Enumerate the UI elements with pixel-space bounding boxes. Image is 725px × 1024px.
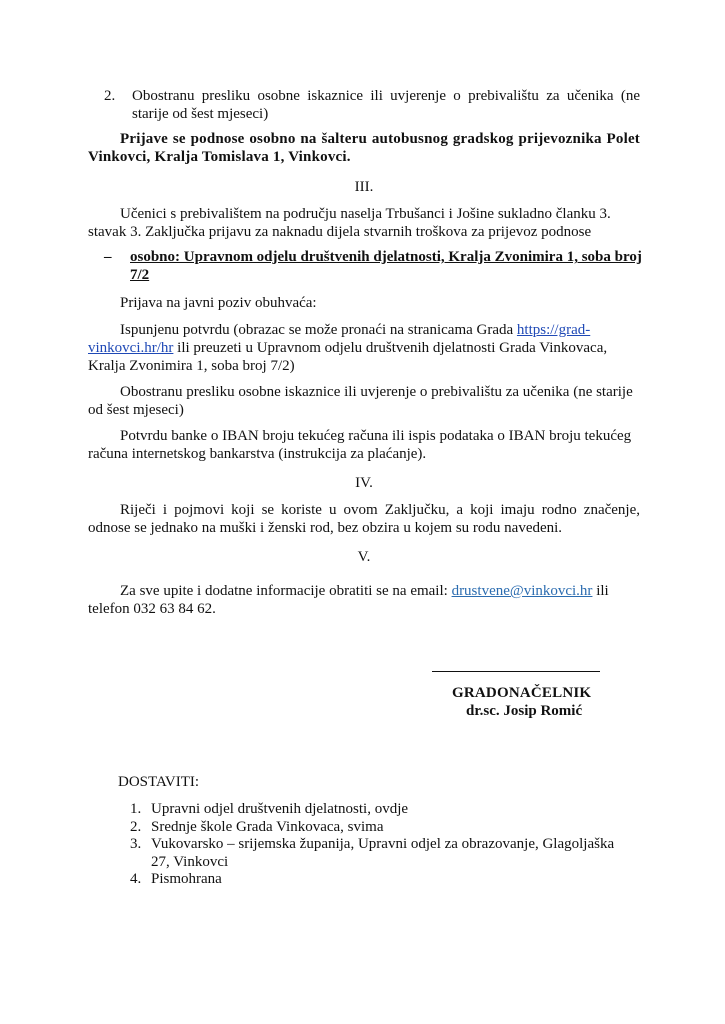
distribution-item-text: Upravni odjel društvenih djelatnosti, ov… (151, 801, 408, 817)
distribution-item-text: Srednje škole Grada Vinkovaca, svima (151, 819, 384, 835)
requirement-form: Ispunjenu potvrdu (obrazac se može prona… (88, 321, 640, 375)
requirement-form-text: Ispunjenu potvrdu (obrazac se može prona… (120, 322, 517, 338)
distribution-label: DOSTAVITI: (118, 773, 199, 791)
signature-line (432, 671, 600, 672)
submission-location-item: – osobno: Upravnom odjelu društvenih dje… (104, 248, 644, 284)
includes-label: Prijava na javni poziv obuhvaća: (88, 294, 640, 312)
section-iii-intro: Učenici s prebivalištem na području nase… (88, 205, 640, 241)
section-iv-text: Riječi i pojmovi koji se koriste u ovom … (88, 501, 640, 537)
section-v-text: Za sve upite i dodatne informacije obrat… (88, 582, 633, 618)
submission-note: Prijave se podnose osobno na šalteru aut… (88, 130, 640, 166)
section-heading-iii: III. (88, 178, 640, 196)
section-heading-iv: IV. (88, 474, 640, 492)
distribution-item-text: Pismohrana (151, 871, 222, 887)
distribution-item: 4. Pismohrana (130, 871, 630, 889)
signatory-name: dr.sc. Josip Romić (466, 702, 582, 720)
submission-location-text: osobno: Upravnom odjelu društvenih djela… (130, 248, 644, 284)
document-page: 2. Obostranu presliku osobne iskaznice i… (0, 0, 725, 1024)
section-heading-v: V. (88, 548, 640, 566)
requirement-id-copy: Obostranu presliku osobne iskaznice ili … (88, 383, 640, 419)
signatory-title: GRADONAČELNIK (452, 684, 591, 702)
list-number: 4. (130, 871, 141, 889)
distribution-item: 1. Upravni odjel društvenih djelatnosti,… (130, 801, 630, 819)
list-number: 2. (130, 819, 141, 837)
list-number: 3. (130, 836, 141, 854)
distribution-list: 1. Upravni odjel društvenih djelatnosti,… (130, 801, 630, 889)
distribution-item: 3. Vukovarsko – srijemska županija, Upra… (130, 836, 630, 871)
list-item-text: Obostranu presliku osobne iskaznice ili … (132, 87, 640, 123)
list-number: 2. (104, 87, 132, 105)
list-item-2: 2. Obostranu presliku osobne iskaznice i… (104, 87, 640, 123)
dash-bullet: – (104, 248, 112, 266)
distribution-item-text: Vukovarsko – srijemska županija, Upravni… (151, 836, 614, 870)
email-link[interactable]: drustvene@vinkovci.hr (452, 583, 593, 599)
contact-text: Za sve upite i dodatne informacije obrat… (120, 583, 452, 599)
list-number: 1. (130, 801, 141, 819)
requirement-iban: Potvrdu banke o IBAN broju tekućeg račun… (88, 427, 640, 463)
distribution-item: 2. Srednje škole Grada Vinkovaca, svima (130, 819, 630, 837)
